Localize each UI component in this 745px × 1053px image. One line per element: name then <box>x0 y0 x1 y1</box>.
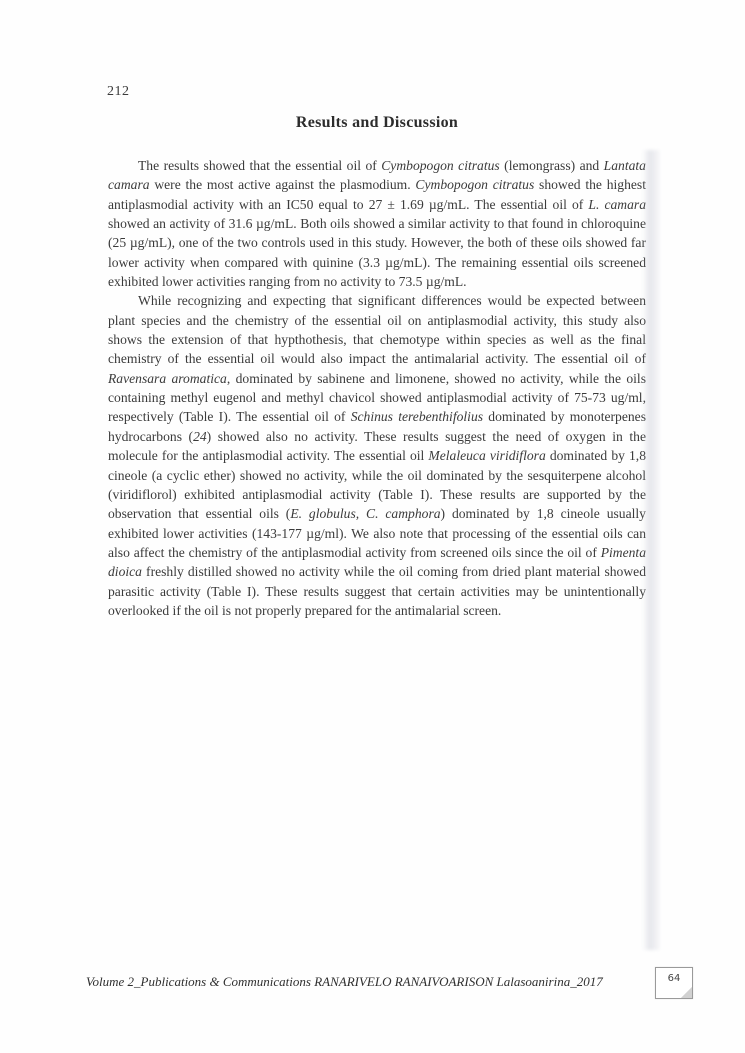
body-text: The results showed that the essential oi… <box>108 156 646 620</box>
page-number-top: 212 <box>107 84 130 100</box>
page-number-badge[interactable]: 64 <box>655 967 693 999</box>
scanned-page: 212 Results and Discussion The results s… <box>0 0 745 1053</box>
paragraph-2: While recognizing and expecting that sig… <box>108 291 646 620</box>
dogear-fold-icon <box>681 987 692 998</box>
footer-text: Volume 2_Publications & Communications R… <box>86 974 642 990</box>
page-number-badge-value: 64 <box>656 973 692 984</box>
section-title: Results and Discussion <box>108 114 646 132</box>
paragraph-1: The results showed that the essential oi… <box>108 156 646 291</box>
